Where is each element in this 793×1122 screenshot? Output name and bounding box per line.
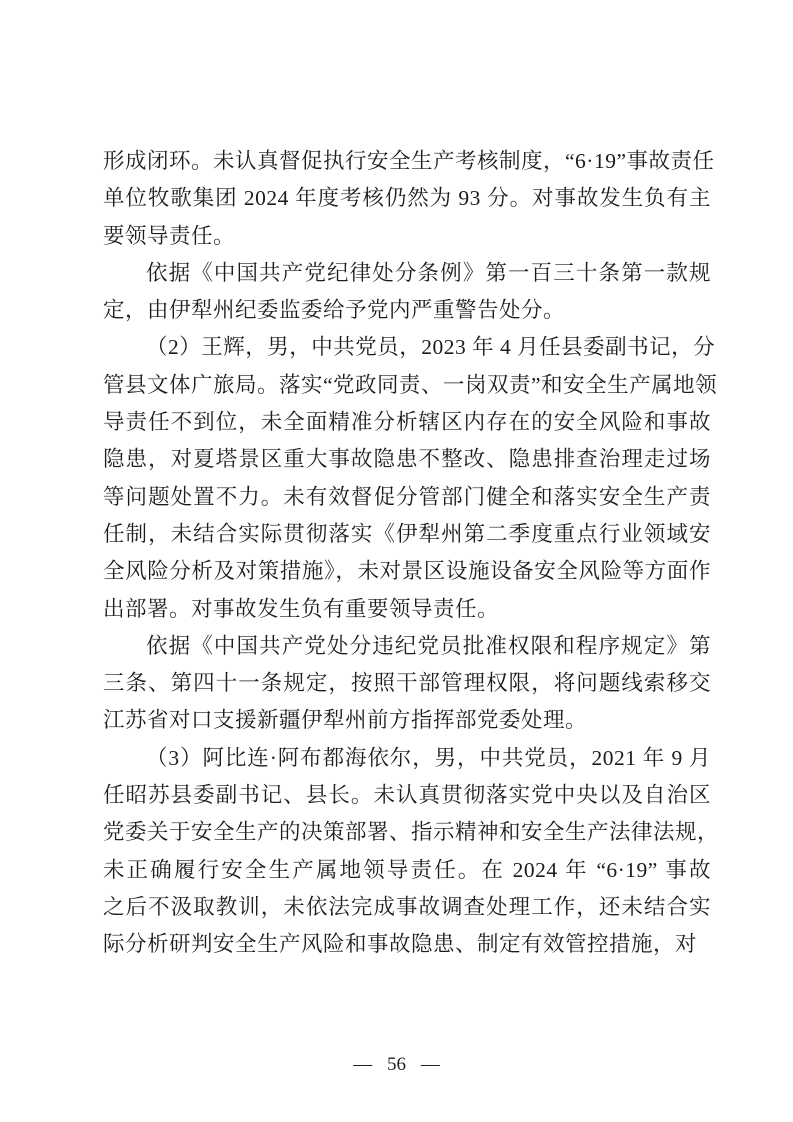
text-line: 出部署。对事故发生负有重要领导责任。: [103, 591, 711, 628]
text-line: 三条、第四十一条规定，按照干部管理权限，将问题线索移交: [103, 665, 711, 702]
paragraph: 依据《中国共产党处分违纪党员批准权限和程序规定》第三条、第四十一条规定，按照干部…: [103, 628, 711, 740]
text-line: 管县文体广旅局。落实“党政同责、一岗双责”和安全生产属地领: [103, 367, 711, 404]
text-line: 导责任不到位，未全面精准分析辖区内存在的安全风险和事故: [103, 404, 711, 441]
text-line: 要领导责任。: [103, 218, 711, 255]
text-body: 形成闭环。未认真督促执行安全生产考核制度，“6·19”事故责任单位牧歌集团 20…: [103, 143, 711, 964]
page-number: — 56 —: [353, 1054, 440, 1075]
text-line: 依据《中国共产党处分违纪党员批准权限和程序规定》第: [103, 628, 711, 665]
text-line: （3）阿比连·阿布都海依尔，男，中共党员，2021 年 9 月: [103, 740, 711, 777]
text-line: 之后不汲取教训，未依法完成事故调查处理工作，还未结合实: [103, 889, 711, 926]
text-line: 单位牧歌集团 2024 年度考核仍然为 93 分。对事故发生负有主: [103, 180, 711, 217]
paragraph: （2）王辉，男，中共党员，2023 年 4 月任县委副书记，分管县文体广旅局。落…: [103, 329, 711, 627]
text-line: 江苏省对口支援新疆伊犁州前方指挥部党委处理。: [103, 702, 711, 739]
page-footer: — 56 —: [0, 1053, 793, 1077]
text-line: 等问题处置不力。未有效督促分管部门健全和落实安全生产责: [103, 479, 711, 516]
text-line: 党委关于安全生产的决策部署、指示精神和安全生产法律法规，: [103, 814, 711, 851]
text-line: 全风险分析及对策措施》，未对景区设施设备安全风险等方面作: [103, 553, 711, 590]
text-line: 际分析研判安全生产风险和事故隐患、制定有效管控措施，对: [103, 926, 711, 963]
text-line: （2）王辉，男，中共党员，2023 年 4 月任县委副书记，分: [103, 329, 711, 366]
text-line: 定，由伊犁州纪委监委给予党内严重警告处分。: [103, 292, 711, 329]
text-line: 依据《中国共产党纪律处分条例》第一百三十条第一款规: [103, 255, 711, 292]
text-line: 任昭苏县委副书记、县长。未认真贯彻落实党中央以及自治区: [103, 777, 711, 814]
paragraph: 依据《中国共产党纪律处分条例》第一百三十条第一款规定，由伊犁州纪委监委给予党内严…: [103, 255, 711, 330]
paragraph: 形成闭环。未认真督促执行安全生产考核制度，“6·19”事故责任单位牧歌集团 20…: [103, 143, 711, 255]
paragraph: （3）阿比连·阿布都海依尔，男，中共党员，2021 年 9 月任昭苏县委副书记、…: [103, 740, 711, 964]
text-line: 隐患，对夏塔景区重大事故隐患不整改、隐患排查治理走过场: [103, 441, 711, 478]
document-page: 形成闭环。未认真督促执行安全生产考核制度，“6·19”事故责任单位牧歌集团 20…: [0, 0, 793, 1122]
text-line: 未正确履行安全生产属地领导责任。在 2024 年 “6·19” 事故: [103, 852, 711, 889]
text-line: 任制，未结合实际贯彻落实《伊犁州第二季度重点行业领域安: [103, 516, 711, 553]
text-line: 形成闭环。未认真督促执行安全生产考核制度，“6·19”事故责任: [103, 143, 711, 180]
